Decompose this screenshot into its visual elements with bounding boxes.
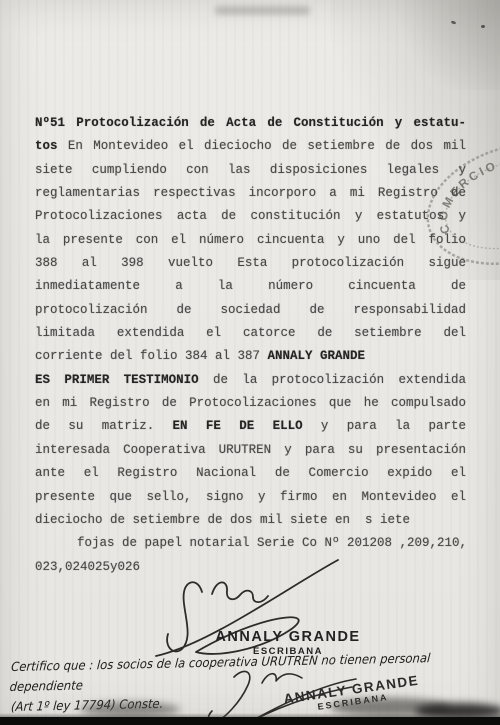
document-line: limitada extendida el catorce de setiemb… xyxy=(35,322,466,345)
document-line: protocolización de sociedad de responsab… xyxy=(35,299,466,322)
typed-text: protocolización de sociedad de responsab… xyxy=(35,303,466,317)
typed-text: ante el Registro Nacional de Comercio ex… xyxy=(35,466,466,480)
document-line: 388 al 398 vuelto Esta protocolización s… xyxy=(35,252,466,275)
typed-text: En Montevideo el dieciocho de setiembre … xyxy=(58,139,466,153)
document-line: de su matriz. EN FE DE ELLO y para la pa… xyxy=(35,415,466,438)
typed-text: dieciocho de setiembre de dos mil siete … xyxy=(35,513,410,527)
document-line: Protocolizaciones acta de constitución y… xyxy=(35,205,466,228)
typed-bold-text: tos xyxy=(35,139,58,153)
typed-text: siete cumpliendo con las disposiciones l… xyxy=(35,163,466,177)
document-line: interesada Cooperativa URUTREN y para su… xyxy=(35,439,466,462)
notary-name: ANNALY GRANDE xyxy=(208,629,368,645)
document-line: en mi Registro de Protocolizaciones que … xyxy=(35,392,466,415)
document-line: tos En Montevideo el dieciocho de setiem… xyxy=(35,135,466,158)
document-line: reglamentarias respectivas incorporo a m… xyxy=(35,182,466,205)
typed-text: la presente con el número cincuenta y un… xyxy=(35,233,466,247)
typed-text: inmediatamente a la número cincuenta de xyxy=(35,279,466,293)
typed-text: reglamentarias respectivas incorporo a m… xyxy=(35,186,466,200)
typed-text: y para la parte xyxy=(303,419,466,433)
typed-bold-text: ES PRIMER TESTIMONIO xyxy=(35,373,199,387)
document-line: siete cumpliendo con las disposiciones l… xyxy=(35,159,466,182)
typed-text: en mi Registro de Protocolizaciones que … xyxy=(35,396,466,410)
typed-text: de su matriz. xyxy=(35,419,173,433)
faint-ink-smudge xyxy=(215,6,310,15)
document-line: la presente con el número cincuenta y un… xyxy=(35,229,466,252)
typed-bold-text: Nº51 Protocolización de Acta de Constitu… xyxy=(35,116,466,130)
document-line: corriente del folio 384 al 387 ANNALY GR… xyxy=(35,345,466,368)
document-line: ante el Registro Nacional de Comercio ex… xyxy=(35,462,466,485)
typed-text: limitada extendida el catorce de setiemb… xyxy=(35,326,466,340)
typed-text: presente que sello, signo y firmo en Mon… xyxy=(35,490,466,504)
scan-edge-strip xyxy=(0,717,500,725)
typed-bold-text: ANNALY GRANDE xyxy=(268,349,366,363)
typed-bold-text: EN FE DE ELLO xyxy=(173,419,303,433)
typed-text: fojas de papel notarial Serie Co Nº 2012… xyxy=(77,536,467,550)
scan-shadow-corner xyxy=(380,0,500,90)
typed-text-block: Nº51 Protocolización de Acta de Constitu… xyxy=(35,112,466,579)
typed-text: de la protocolización extendida xyxy=(199,373,466,387)
typed-text: corriente del folio 384 al 387 xyxy=(35,349,268,363)
typed-text: Protocolizaciones acta de constitución y… xyxy=(35,209,466,223)
typed-text: 023,024025y026 xyxy=(35,560,140,574)
scanned-document-page: COMERCIO Nº51 Protocolización de Acta de… xyxy=(0,0,500,725)
document-line: inmediatamente a la número cincuenta de xyxy=(35,275,466,298)
typed-text: interesada Cooperativa URUTREN y para su… xyxy=(35,443,466,457)
typed-text: 388 al 398 vuelto Esta protocolización s… xyxy=(35,256,466,270)
document-line: dieciocho de setiembre de dos mil siete … xyxy=(35,509,466,532)
ink-speck xyxy=(481,25,485,28)
document-line: Nº51 Protocolización de Acta de Constitu… xyxy=(35,112,466,135)
document-line: presente que sello, signo y firmo en Mon… xyxy=(35,486,466,509)
document-line: ES PRIMER TESTIMONIO de la protocolizaci… xyxy=(35,369,466,392)
